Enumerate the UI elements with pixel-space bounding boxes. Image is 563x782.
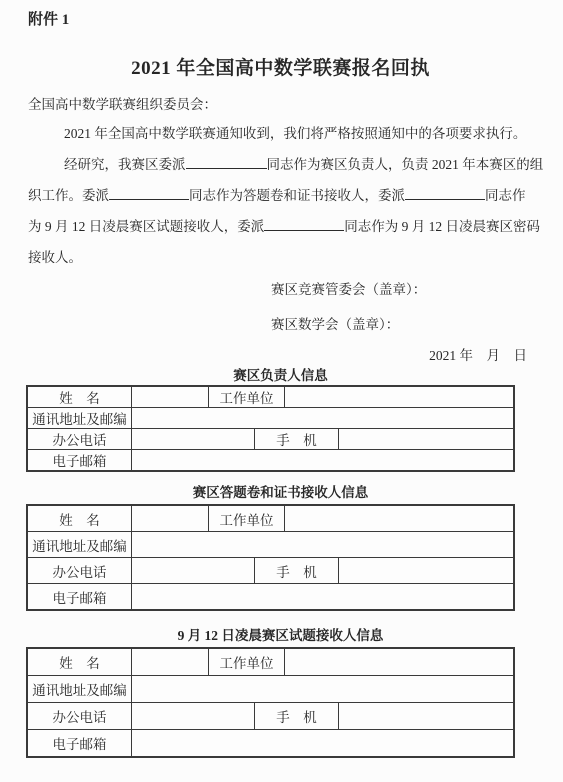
- table-section-leader: 赛区负责人信息 姓 名 工作单位 通讯地址及邮编 办公电话 手 机 电子邮箱: [28, 367, 533, 472]
- table-row: 电子邮箱: [28, 584, 513, 609]
- address-value-cell: [132, 532, 513, 557]
- mobile-label-cell: 手 机: [255, 558, 339, 583]
- fill-in-blank: [109, 186, 189, 200]
- table-title: 赛区负责人信息: [28, 367, 533, 385]
- address-label-cell: 通讯地址及邮编: [28, 532, 132, 557]
- text-segment: 同志作: [485, 188, 526, 203]
- paragraph-2-line-4: 接收人。: [28, 242, 533, 273]
- table-row: 电子邮箱: [28, 450, 513, 470]
- email-label-cell: 电子邮箱: [28, 730, 132, 756]
- table-row: 办公电话 手 机: [28, 558, 513, 584]
- seal-line-society: 赛区数学会（盖章）：: [271, 314, 533, 336]
- paragraph-2-line-2: 织工作。委派同志作为答题卷和证书接收人，委派同志作: [28, 180, 533, 211]
- work-unit-label-cell: 工作单位: [209, 387, 285, 407]
- table-row: 姓 名 工作单位: [28, 387, 513, 408]
- attachment-label: 附件 1: [28, 10, 533, 30]
- answer-receiver-info-table: 姓 名 工作单位 通讯地址及邮编 办公电话 手 机 电子邮箱: [26, 504, 515, 611]
- address-value-cell: [132, 676, 513, 702]
- mobile-value-cell: [339, 703, 513, 729]
- leader-info-table: 姓 名 工作单位 通讯地址及邮编 办公电话 手 机 电子邮箱: [26, 385, 515, 472]
- paragraph-2-line-1: 经研究，我赛区委派同志作为赛区负责人，负责 2021 年本赛区的组: [28, 149, 533, 180]
- address-label-cell: 通讯地址及邮编: [28, 408, 132, 428]
- text-segment: 为 9 月 12 日凌晨赛区试题接收人，委派: [28, 219, 264, 234]
- table-section-answer-receiver: 赛区答题卷和证书接收人信息 姓 名 工作单位 通讯地址及邮编 办公电话 手 机 …: [28, 484, 533, 611]
- office-phone-label-cell: 办公电话: [28, 558, 132, 583]
- office-phone-label-cell: 办公电话: [28, 429, 132, 449]
- address-label-cell: 通讯地址及邮编: [28, 676, 132, 702]
- date-line: 2021 年 月 日: [28, 345, 533, 367]
- work-unit-label-cell: 工作单位: [209, 506, 285, 531]
- name-label-cell: 姓 名: [28, 387, 132, 407]
- work-unit-value-cell: [285, 649, 513, 675]
- table-section-test-receiver: 9 月 12 日凌晨赛区试题接收人信息 姓 名 工作单位 通讯地址及邮编 办公电…: [28, 627, 533, 758]
- name-label-cell: 姓 名: [28, 506, 132, 531]
- table-row: 姓 名 工作单位: [28, 506, 513, 532]
- name-value-cell: [132, 506, 209, 531]
- paragraph-1: 2021 年全国高中数学联赛通知收到，我们将严格按照通知中的各项要求执行。: [28, 118, 533, 149]
- mobile-label-cell: 手 机: [255, 429, 339, 449]
- table-row: 通讯地址及邮编: [28, 532, 513, 558]
- text-segment: 织工作。委派: [28, 188, 109, 203]
- mobile-value-cell: [339, 558, 513, 583]
- fill-in-blank: [405, 186, 485, 200]
- mobile-value-cell: [339, 429, 513, 449]
- seal-line-committee: 赛区竞赛管委会（盖章）：: [271, 279, 533, 301]
- email-label-cell: 电子邮箱: [28, 450, 132, 470]
- table-row: 通讯地址及邮编: [28, 676, 513, 703]
- text-segment: 同志作为 9 月 12 日凌晨赛区密码: [344, 219, 540, 234]
- table-title: 9 月 12 日凌晨赛区试题接收人信息: [28, 627, 533, 645]
- text-segment: 同志作为答题卷和证书接收人，委派: [189, 188, 405, 203]
- body-text: 2021 年全国高中数学联赛通知收到，我们将严格按照通知中的各项要求执行。 经研…: [28, 118, 533, 273]
- email-value-cell: [132, 730, 513, 756]
- email-value-cell: [132, 450, 513, 470]
- fill-in-blank: [186, 155, 267, 169]
- email-value-cell: [132, 584, 513, 609]
- office-phone-value-cell: [132, 558, 255, 583]
- page-title: 2021 年全国高中数学联赛报名回执: [28, 56, 533, 82]
- table-row: 通讯地址及邮编: [28, 408, 513, 429]
- office-phone-label-cell: 办公电话: [28, 703, 132, 729]
- name-value-cell: [132, 387, 209, 407]
- salutation: 全国高中数学联赛组织委员会：: [28, 95, 533, 115]
- table-title: 赛区答题卷和证书接收人信息: [28, 484, 533, 502]
- table-row: 办公电话 手 机: [28, 429, 513, 450]
- mobile-label-cell: 手 机: [255, 703, 339, 729]
- address-value-cell: [132, 408, 513, 428]
- test-receiver-info-table: 姓 名 工作单位 通讯地址及邮编 办公电话 手 机 电子邮箱: [26, 647, 515, 758]
- fill-in-blank: [264, 217, 344, 231]
- email-label-cell: 电子邮箱: [28, 584, 132, 609]
- table-row: 电子邮箱: [28, 730, 513, 756]
- text-segment: 同志作为赛区负责人，负责 2021 年本赛区的组: [267, 157, 544, 172]
- table-row: 姓 名 工作单位: [28, 649, 513, 676]
- office-phone-value-cell: [132, 703, 255, 729]
- text-segment: 经研究，我赛区委派: [64, 157, 186, 172]
- name-value-cell: [132, 649, 209, 675]
- text-segment: 接收人。: [28, 250, 82, 265]
- work-unit-value-cell: [285, 506, 513, 531]
- paragraph-2-line-3: 为 9 月 12 日凌晨赛区试题接收人，委派同志作为 9 月 12 日凌晨赛区密…: [28, 211, 533, 242]
- table-row: 办公电话 手 机: [28, 703, 513, 730]
- office-phone-value-cell: [132, 429, 255, 449]
- work-unit-label-cell: 工作单位: [209, 649, 285, 675]
- work-unit-value-cell: [285, 387, 513, 407]
- name-label-cell: 姓 名: [28, 649, 132, 675]
- document-page: 附件 1 2021 年全国高中数学联赛报名回执 全国高中数学联赛组织委员会： 2…: [0, 0, 563, 782]
